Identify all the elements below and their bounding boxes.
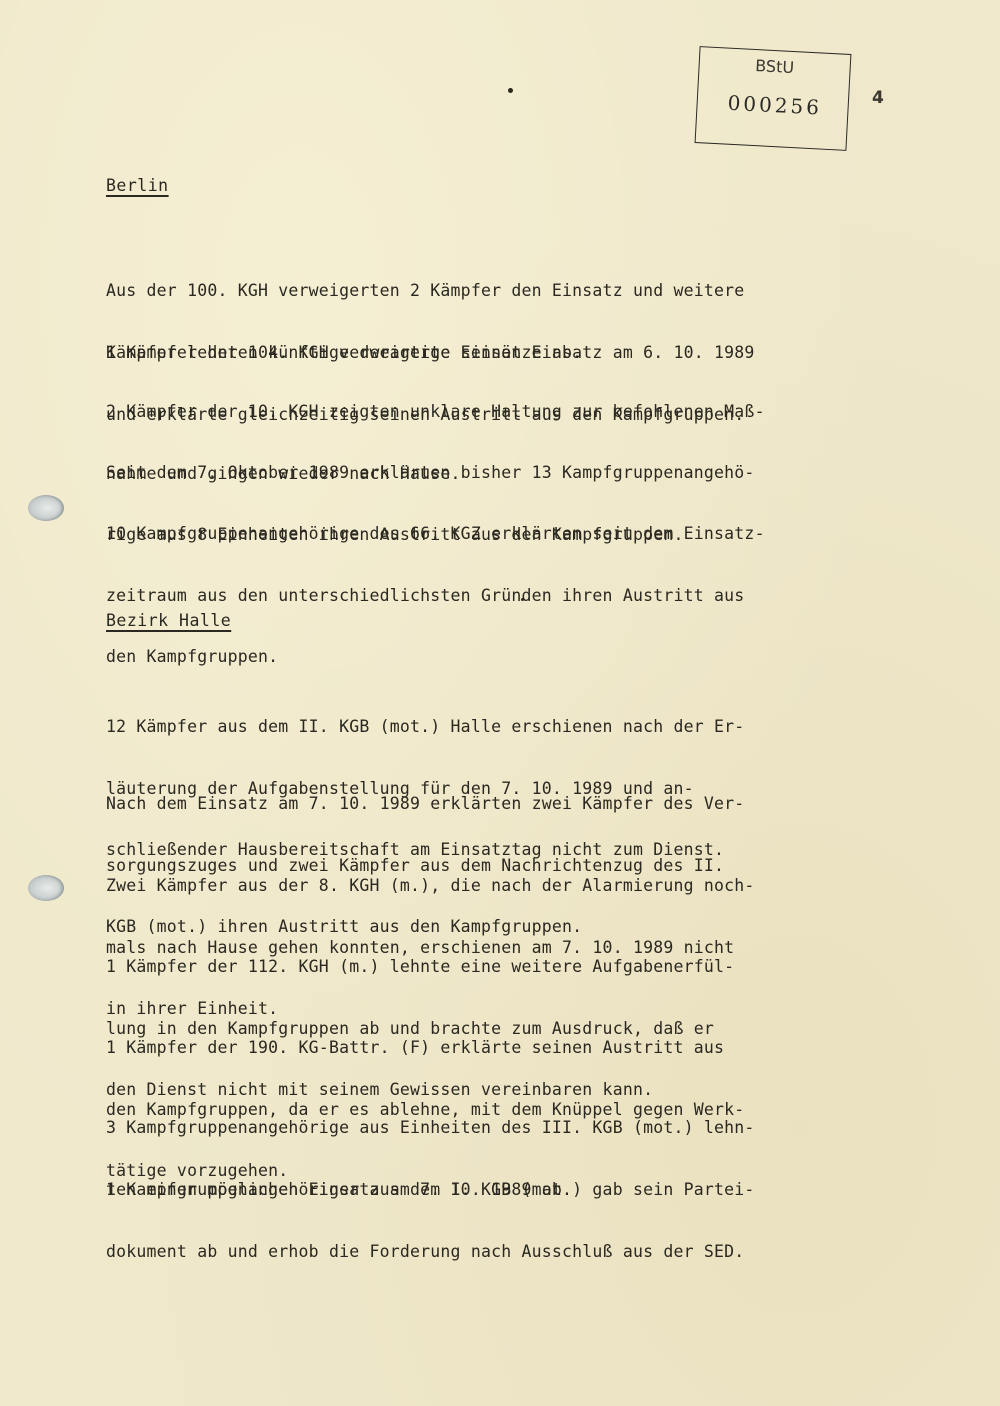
section-heading-bezirk-halle: Bezirk Halle (106, 611, 231, 630)
page-number: 4 (872, 88, 884, 108)
text-line: dokument ab und erhob die Forderung nach… (106, 1242, 926, 1263)
punch-hole-lower (28, 875, 64, 901)
text-line: 10 Kampfgruppenangehörige des 66. KGZ er… (106, 524, 926, 545)
text-line: Seit dem 7. Oktober 1989 erklärten bishe… (106, 463, 926, 484)
paragraph: 1 Kampfgruppenangehöriger aus dem I. KGB… (106, 1139, 926, 1283)
text-line: 1 Kämpfer der 112. KGH (m.) lehnte eine … (106, 957, 926, 978)
text-line: 12 Kämpfer aus dem II. KGB (mot.) Halle … (106, 717, 926, 738)
text-line: Zwei Kämpfer aus der 8. KGH (m.), die na… (106, 876, 926, 897)
text-line: den Kampfgruppen. (106, 647, 926, 668)
paragraph: 10 Kampfgruppenangehörige des 66. KGZ er… (106, 483, 926, 688)
stamp-number: 000256 (727, 91, 822, 120)
text-line: Aus der 100. KGH verweigerten 2 Kämpfer … (106, 281, 926, 302)
ink-dot (508, 88, 513, 93)
text-line: 2 Kämpfer der 10. KGH zeigten unklare Ha… (106, 402, 926, 423)
stamp-organization: BStU (699, 53, 850, 80)
text-line: 1 Kampfgruppenangehöriger aus dem I. KGB… (106, 1180, 926, 1201)
text-line: 3 Kampfgruppenangehörige aus Einheiten d… (106, 1118, 926, 1139)
text-line: Nach dem Einsatz am 7. 10. 1989 erklärte… (106, 794, 926, 815)
text-line: zeitraum aus den unterschiedlichsten Grü… (106, 586, 926, 607)
text-line: 1 Kämpfer der 190. KG-Battr. (F) erklärt… (106, 1038, 926, 1059)
punch-hole-upper (28, 495, 64, 521)
archive-stamp: BStU 000256 (695, 46, 852, 151)
section-heading-berlin: Berlin (106, 176, 169, 195)
